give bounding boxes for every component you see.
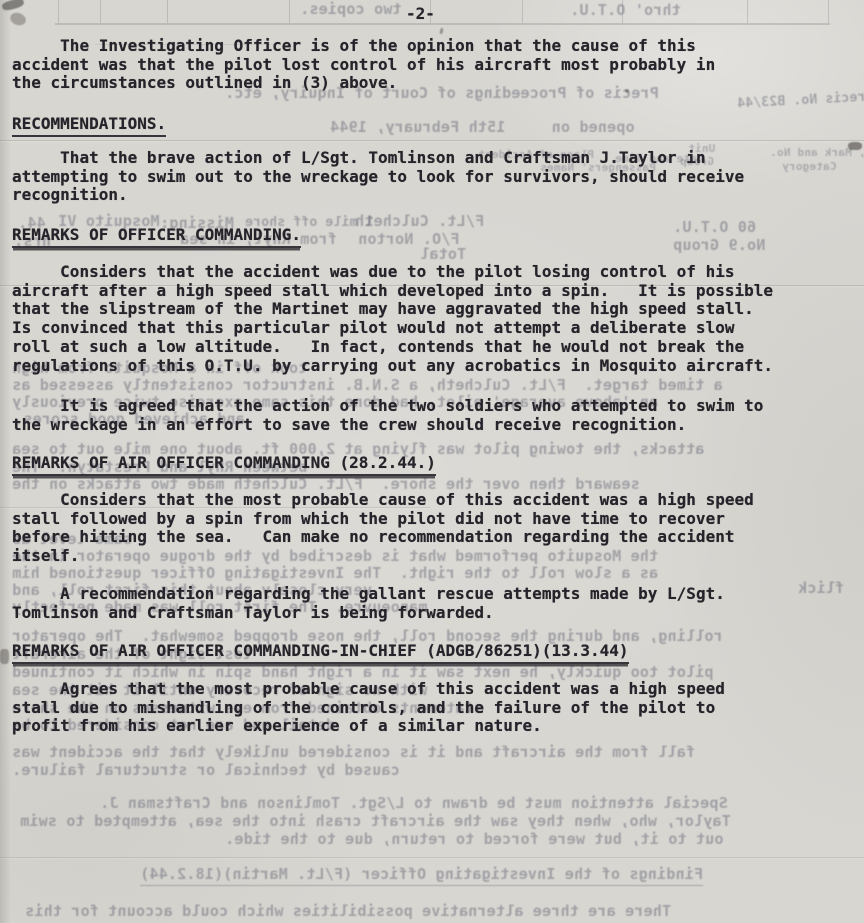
page-number: -2- xyxy=(406,5,864,24)
bleedthrough-text: as a slow roll to the right. The Investi… xyxy=(12,565,658,582)
bleedthrough-text: two copies. xyxy=(300,1,402,18)
paragraph-considers-stall: Considers that the accident was due to t… xyxy=(12,263,854,375)
heading-remarks-aoc-in-chief: REMARKS OF AIR OFFICER COMMANDING-IN-CHI… xyxy=(12,642,629,664)
bleedthrough-heading: Findings of the Investigating Officer (F… xyxy=(140,866,703,886)
heading-remarks-air-officer-commanding-text: REMARKS OF AIR OFFICER COMMANDING (28.2.… xyxy=(12,454,436,476)
bleedthrough-text: caused by technical or structural failur… xyxy=(12,762,400,779)
bleedthrough-table-vline xyxy=(167,0,168,23)
heading-remarks-aoc-in-chief-text: REMARKS OF AIR OFFICER COMMANDING-IN-CHI… xyxy=(12,642,629,664)
heading-remarks-officer-commanding: REMARKS OF OFFICER COMMANDING. xyxy=(12,226,301,248)
bleedthrough-text: Total xyxy=(420,246,466,263)
bleedthrough-text: opened on 15th February, 1944 xyxy=(330,119,635,136)
paper-crease xyxy=(0,857,864,858)
ink-smudge xyxy=(0,649,9,664)
bleedthrough-text: 60 O.T.U. xyxy=(673,219,756,236)
heading-recommendations-text: RECOMMENDATIONS. xyxy=(12,115,166,137)
bleedthrough-text: Taylor, who, when they saw the aircraft … xyxy=(20,813,731,830)
heading-remarks-air-officer-commanding: REMARKS OF AIR OFFICER COMMANDING (28.2.… xyxy=(12,454,436,476)
ink-smudge xyxy=(8,11,27,28)
paper-crease xyxy=(0,140,864,141)
ink-smudge xyxy=(1,0,25,12)
bleedthrough-text: a timed target. F/Lt. Culcheth, a S.N.B.… xyxy=(12,377,723,394)
bleedthrough-text: Special attention must be drawn to L/Sgt… xyxy=(100,795,728,812)
heading-recommendations: RECOMMENDATIONS. xyxy=(12,115,166,137)
bleedthrough-table-vline xyxy=(100,0,101,23)
bleedthrough-text: There are three alternative possibilitie… xyxy=(25,903,671,920)
ink-speck xyxy=(439,28,443,34)
heading-remarks-officer-commanding-text: REMARKS OF OFFICER COMMANDING. xyxy=(12,226,301,248)
paragraph-gallant-rescue: A recommendation regarding the gallant r… xyxy=(12,585,854,622)
bleedthrough-text: F/Lt. Culcheth xyxy=(355,213,484,230)
paragraph-agrees: Agrees that the most probable cause of t… xyxy=(12,680,854,736)
paragraph-most-probable-cause: Considers that the most probable cause o… xyxy=(12,491,854,566)
bleedthrough-table-vline xyxy=(58,0,59,23)
document-page: two copies. thro' O.T.U. Precis of Proce… xyxy=(0,0,864,923)
paragraph-investigating-officer: The Investigating Officer is of the opin… xyxy=(12,37,854,93)
bleedthrough-text: out to it, but were forced to return, du… xyxy=(225,831,723,848)
bleedthrough-text: fall from the aircraft and it is conside… xyxy=(12,744,695,761)
bleedthrough-table-vline xyxy=(289,0,290,23)
paragraph-recommendation: That the brave action of L/Sgt. Tomlinso… xyxy=(12,149,854,205)
bleedthrough-text: No.9 Group xyxy=(673,237,765,254)
paragraph-agreed-soldiers: It is agreed that the action of the two … xyxy=(12,397,854,434)
